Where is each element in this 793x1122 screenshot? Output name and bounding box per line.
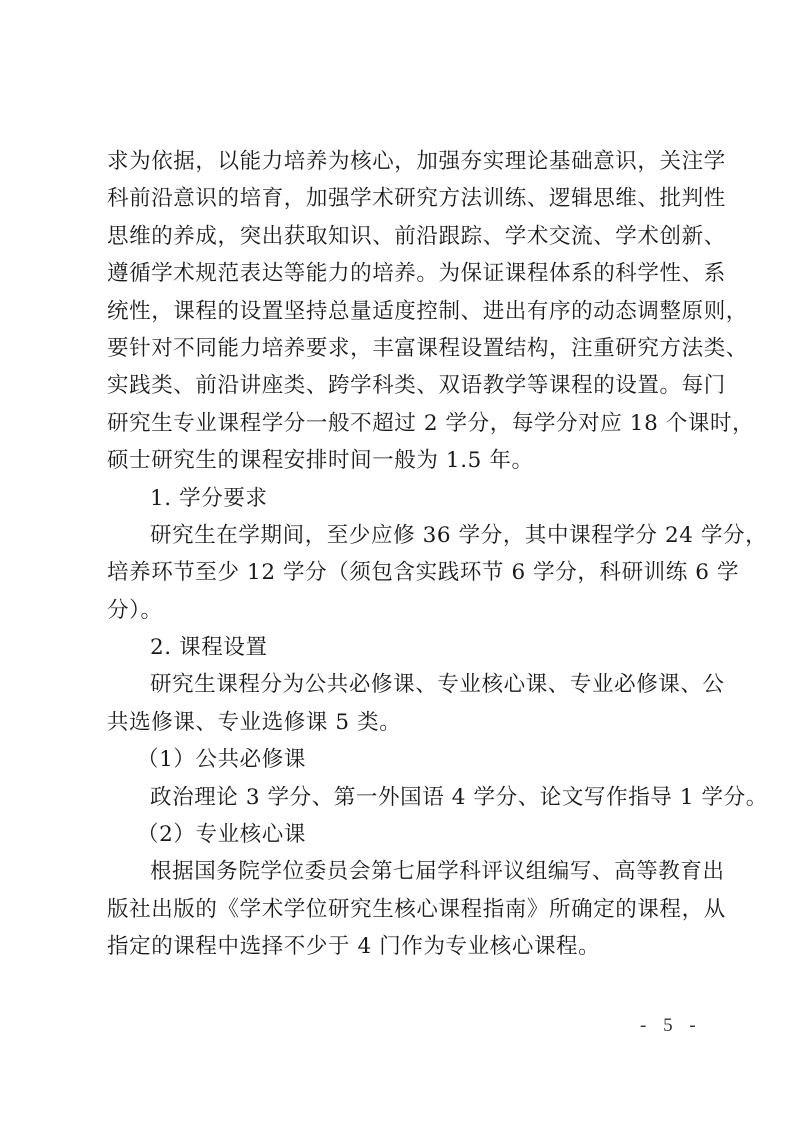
paragraph-line: 指定的课程中选择不少于 4 门作为专业核心课程。 <box>107 928 693 965</box>
paragraph-line: 培养环节至少 12 学分（须包含实践环节 6 学分，科研训练 6 学 <box>107 554 693 591</box>
page-number: - 5 - <box>640 1015 702 1037</box>
subsection-heading-public-required: （1）公共必修课 <box>107 741 693 778</box>
paragraph-line: 政治理论 3 学分、第一外国语 4 学分、论文写作指导 1 学分。 <box>107 779 693 816</box>
paragraph-line: 分）。 <box>107 592 693 629</box>
document-body: 求为依据，以能力培养为核心，加强夯实理论基础意识，关注学 科前沿意识的培育，加强… <box>107 143 693 966</box>
paragraph-line: 思维的养成，突出获取知识、前沿跟踪、学术交流、学术创新、 <box>107 218 693 255</box>
paragraph-line: 硕士研究生的课程安排时间一般为 1.5 年。 <box>107 442 693 479</box>
section-heading-credit-requirements: 1. 学分要求 <box>107 480 693 517</box>
paragraph-line: 研究生课程分为公共必修课、专业核心课、专业必修课、公 <box>107 666 693 703</box>
paragraph-line: 根据国务院学位委员会第七届学科评议组编写、高等教育出 <box>107 853 693 890</box>
section-heading-course-setup: 2. 课程设置 <box>107 629 693 666</box>
document-page: 求为依据，以能力培养为核心，加强夯实理论基础意识，关注学 科前沿意识的培育，加强… <box>0 0 793 1122</box>
paragraph-line: 统性，课程的设置坚持总量适度控制、进出有序的动态调整原则， <box>107 293 693 330</box>
paragraph-line: 研究生在学期间，至少应修 36 学分，其中课程学分 24 学分， <box>107 517 693 554</box>
paragraph-line: 共选修课、专业选修课 5 类。 <box>107 704 693 741</box>
paragraph-line: 实践类、前沿讲座类、跨学科类、双语教学等课程的设置。每门 <box>107 367 693 404</box>
paragraph-line: 遵循学术规范表达等能力的培养。为保证课程体系的科学性、系 <box>107 255 693 292</box>
paragraph-line: 要针对不同能力培养要求，丰富课程设置结构，注重研究方法类、 <box>107 330 693 367</box>
paragraph-line: 求为依据，以能力培养为核心，加强夯实理论基础意识，关注学 <box>107 143 693 180</box>
subsection-heading-core-courses: （2）专业核心课 <box>107 816 693 853</box>
paragraph-line: 版社出版的《学术学位研究生核心课程指南》所确定的课程，从 <box>107 891 693 928</box>
paragraph-line: 科前沿意识的培育，加强学术研究方法训练、逻辑思维、批判性 <box>107 180 693 217</box>
paragraph-line: 研究生专业课程学分一般不超过 2 学分，每学分对应 18 个课时， <box>107 405 693 442</box>
